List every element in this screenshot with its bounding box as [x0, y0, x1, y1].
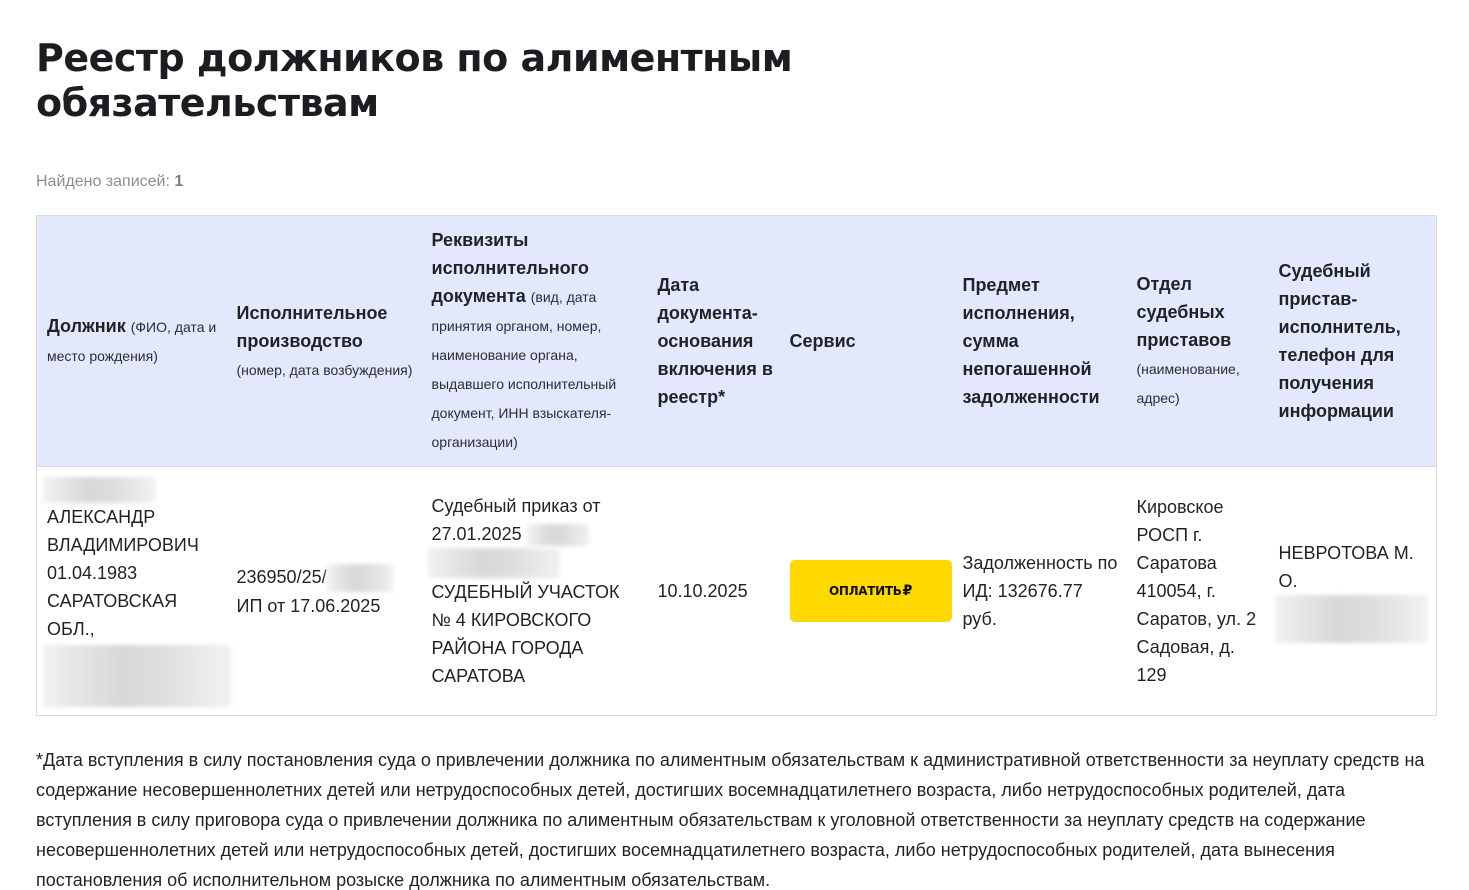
debtor-birth-date: 01.04.1983	[47, 563, 137, 583]
page-title: Реестр должников по алиментным обязатель…	[36, 36, 856, 126]
column-header-bailiff: Судебный пристав-исполнитель, телефон дл…	[1269, 216, 1437, 467]
footnote: *Дата вступления в силу постановления су…	[36, 745, 1441, 890]
records-count-value: 1	[174, 173, 183, 190]
redacted-document-number-2	[428, 548, 560, 578]
ruble-icon: ₽	[903, 583, 912, 599]
pay-button-label: ОПЛАТИТЬ	[829, 584, 902, 598]
document-issuer: СУДЕБНЫЙ УЧАСТОК № 4 КИРОВСКОГО РАЙОНА Г…	[432, 582, 620, 686]
pay-button[interactable]: ОПЛАТИТЬ₽	[790, 560, 952, 622]
redacted-proceeding-suffix	[327, 564, 393, 592]
column-header-debt-subject: Предмет исполнения, сумма непогашенной з…	[953, 216, 1127, 467]
cell-document: Судебный приказ от 27.01.2025 СУДЕБНЫЙ У…	[422, 467, 648, 716]
cell-debt-subject: Задолженность по ИД: 132676.77 руб.	[953, 467, 1127, 716]
cell-service: ОПЛАТИТЬ₽	[780, 467, 953, 716]
redacted-birth-place	[43, 645, 231, 707]
cell-proceeding: 236950/25/ ИП от 17.06.2025	[227, 467, 422, 716]
column-header-document: Реквизиты исполнительного документа (вид…	[422, 216, 648, 467]
cell-debtor: АЛЕКСАНДР ВЛАДИМИРОВИЧ 01.04.1983 САРАТО…	[37, 467, 227, 716]
debtors-table: Должник (ФИО, дата и место рождения) Исп…	[36, 215, 1437, 716]
cell-inclusion-date: 10.10.2025	[648, 467, 780, 716]
table-row: АЛЕКСАНДР ВЛАДИМИРОВИЧ 01.04.1983 САРАТО…	[37, 467, 1437, 716]
proceeding-date: ИП от 17.06.2025	[237, 596, 381, 616]
redacted-surname	[43, 477, 155, 503]
debtor-birth-place: САРАТОВСКАЯ ОБЛ.,	[47, 591, 177, 639]
proceeding-number: 236950/25/	[237, 567, 327, 587]
column-header-service: Сервис	[780, 216, 953, 467]
records-count-label: Найдено записей:	[36, 173, 170, 190]
cell-department: Кировское РОСП г. Саратова 410054, г. Са…	[1127, 467, 1269, 716]
column-header-inclusion-date: Дата документа-основания включения в рее…	[648, 216, 780, 467]
column-header-debtor: Должник (ФИО, дата и место рождения)	[37, 216, 227, 467]
table-header-row: Должник (ФИО, дата и место рождения) Исп…	[37, 216, 1437, 467]
column-header-proceeding: Исполнительное производство (номер, дата…	[227, 216, 422, 467]
column-header-department: Отдел судебных приставов (наименование, …	[1127, 216, 1269, 467]
records-count: Найдено записей: 1	[36, 173, 183, 191]
redacted-bailiff-phone	[1275, 595, 1427, 643]
debtor-name: АЛЕКСАНДР ВЛАДИМИРОВИЧ	[47, 507, 199, 555]
bailiff-name: НЕВРОТОВА М. О.	[1279, 543, 1414, 591]
cell-bailiff: НЕВРОТОВА М. О.	[1269, 467, 1437, 716]
redacted-document-number	[527, 524, 589, 546]
